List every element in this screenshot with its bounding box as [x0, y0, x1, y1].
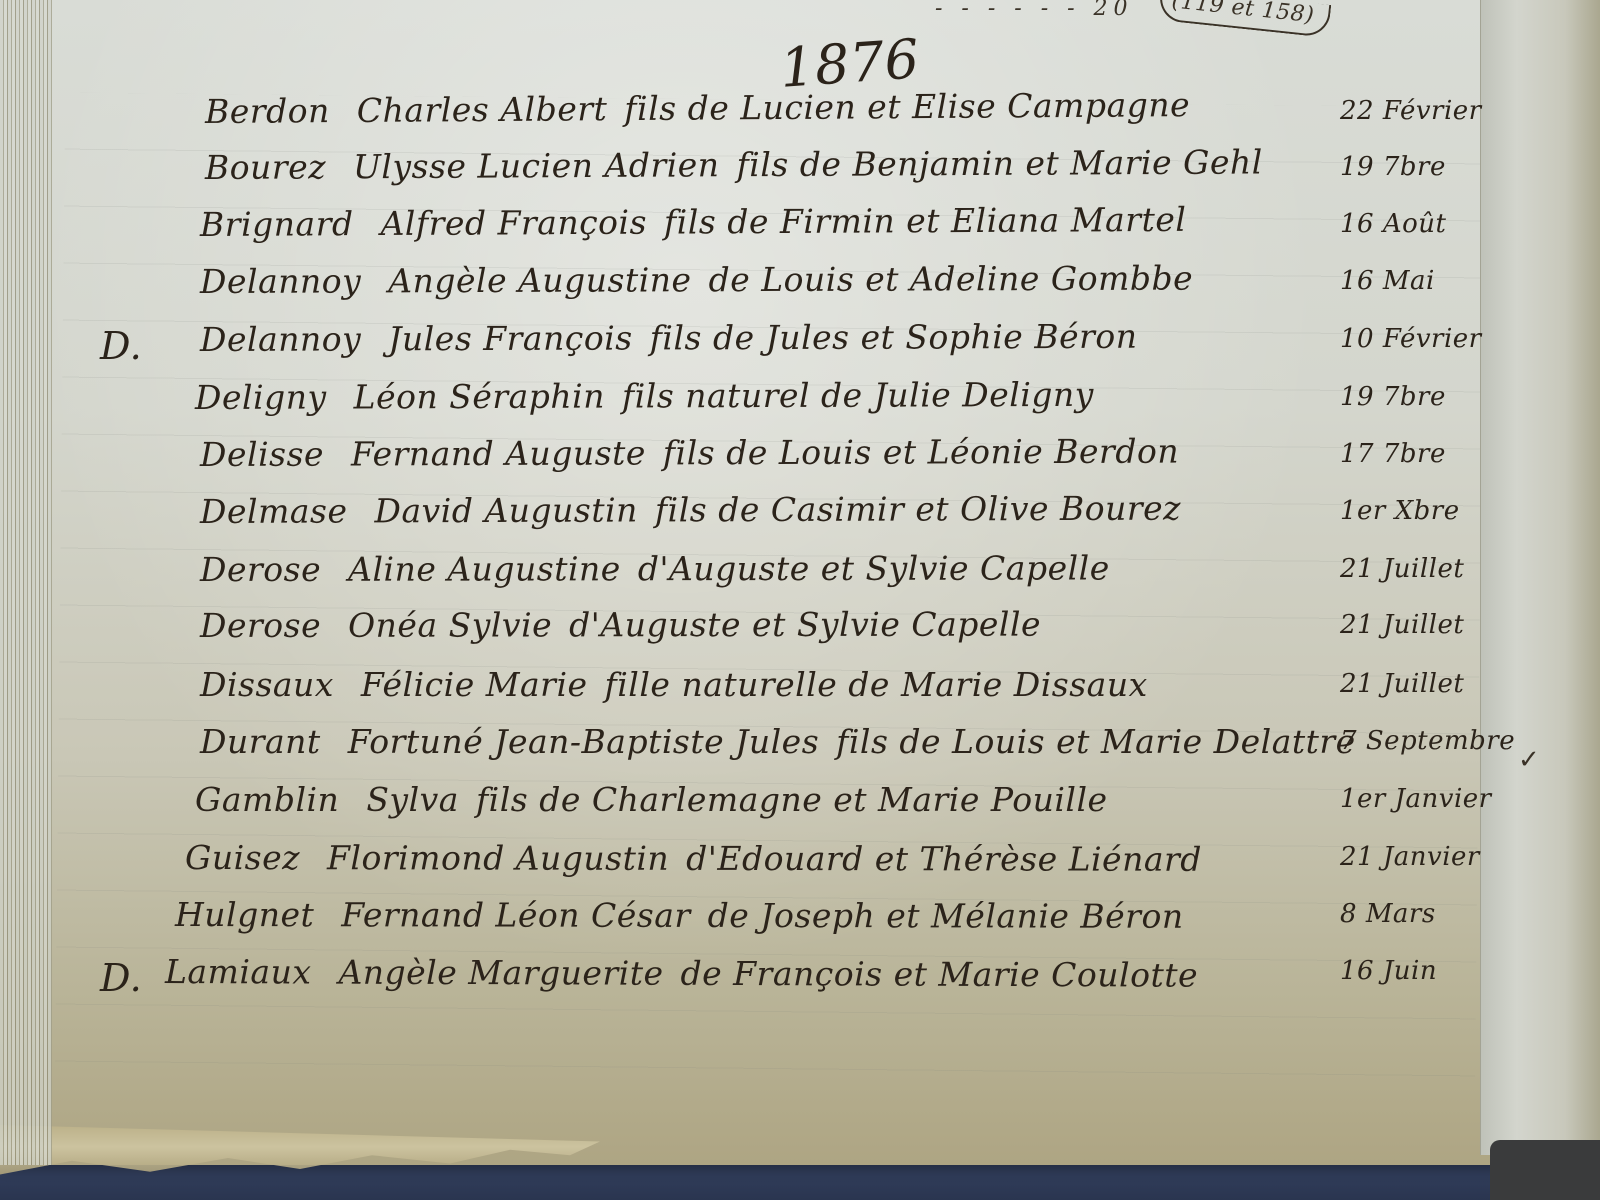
entry-given-names: David Augustin — [374, 490, 638, 530]
entry-sex-note: fils — [650, 318, 702, 357]
entry-parents: de Louis et Léonie Berdon — [726, 432, 1179, 473]
entry-date: 21 Juillet — [1340, 669, 1464, 699]
entry-parents: de Joseph et Mélanie Béron — [708, 896, 1184, 936]
entry-date: 8 Mars — [1340, 899, 1436, 929]
entry-surname: Guisez — [185, 838, 300, 877]
entry-parents: de Lucien et Elise Campagne — [687, 85, 1190, 128]
entry-surname: Delannoy — [200, 319, 361, 359]
register-entry: Bourez Ulysse Lucien Adrien fils de Benj… — [0, 148, 1500, 208]
entry-date-month: 7bre — [1383, 152, 1446, 182]
entry-given-names: Ulysse Lucien Adrien — [353, 145, 720, 186]
entry-text: Guisez Florimond Augustin d'Edouard et T… — [185, 838, 1212, 879]
entry-date-day: 7 — [1340, 726, 1357, 756]
entry-text: Brignard Alfred François fils de Firmin … — [200, 200, 1197, 244]
entry-date-day: 22 — [1340, 96, 1374, 126]
entry-text: Gamblin Sylva fils de Charlemagne et Mar… — [195, 780, 1118, 819]
check-mark-icon: ✓ — [1518, 745, 1540, 775]
entry-date-month: 7bre — [1383, 382, 1446, 412]
entry-date-day: 16 — [1340, 956, 1374, 986]
entry-date-day: 21 — [1340, 842, 1374, 872]
margin-mark: D. — [100, 324, 142, 368]
register-entry: Delisse Fernand Auguste fils de Louis et… — [0, 435, 1500, 495]
entry-date: 21 Juillet — [1340, 554, 1464, 584]
entry-given-names: Félicie Marie — [361, 665, 588, 704]
register-entry: D.Lamiaux Angèle Marguerite de François … — [0, 952, 1500, 1012]
entry-date-month: Mars — [1366, 899, 1436, 929]
entry-sex-note: fils — [664, 202, 716, 241]
entry-given-names: Fernand Auguste — [351, 433, 646, 473]
entry-date-day: 19 — [1340, 152, 1374, 182]
register-entry: Dissaux Félicie Marie fille naturelle de… — [0, 665, 1500, 725]
entry-date-month: Septembre — [1366, 726, 1515, 756]
entry-date-month: Août — [1383, 209, 1447, 239]
entry-surname: Delmase — [200, 491, 348, 531]
entry-parents: d'Auguste et Sylvie Capelle — [569, 605, 1041, 645]
entry-date-month: 7bre — [1383, 439, 1446, 469]
entry-list: Berdon Charles Albert fils de Lucien et … — [0, 0, 1600, 1200]
entry-text: Berdon Charles Albert fils de Lucien et … — [205, 85, 1200, 131]
document-scene: - - - - - - 20 (119 et 158) 1876 Berdon … — [0, 0, 1600, 1200]
entry-date-day: 8 — [1340, 899, 1357, 929]
entry-parents: d'Auguste et Sylvie Capelle — [638, 548, 1110, 588]
entry-date-month: Juillet — [1383, 554, 1464, 584]
entry-surname: Bourez — [205, 147, 326, 187]
entry-text: Derose Onéa Sylvie d'Auguste et Sylvie C… — [200, 605, 1051, 645]
entry-sex-note: fils — [624, 89, 677, 128]
entry-date: 10 Février — [1340, 324, 1482, 354]
entry-given-names: Onéa Sylvie — [348, 605, 552, 644]
entry-date: 1er Janvier — [1340, 784, 1492, 814]
entry-date-day: 21 — [1340, 669, 1374, 699]
entry-date-month: Janvier — [1383, 842, 1480, 872]
entry-date-day: 21 — [1340, 610, 1374, 640]
entry-text: Delisse Fernand Auguste fils de Louis et… — [200, 432, 1189, 474]
entry-surname: Brignard — [200, 204, 354, 244]
entry-date-month: Xbre — [1395, 496, 1460, 526]
entry-parents: naturelle de Marie Dissaux — [681, 665, 1147, 704]
entry-surname: Deligny — [195, 378, 327, 417]
entry-text: Delannoy Jules François fils de Jules et… — [200, 317, 1148, 359]
entry-parents: de Louis et Marie Delattre — [899, 722, 1355, 761]
entry-date: 21 Janvier — [1340, 842, 1480, 872]
entry-surname: Dissaux — [200, 665, 334, 704]
entry-given-names: Fernand Léon César — [341, 895, 690, 935]
entry-text: Derose Aline Augustine d'Auguste et Sylv… — [200, 548, 1120, 589]
entry-given-names: Angèle Marguerite — [338, 953, 663, 993]
entry-date-month: Juillet — [1383, 610, 1464, 640]
entry-surname: Durant — [200, 722, 321, 761]
register-entry: Brignard Alfred François fils de Firmin … — [0, 205, 1500, 265]
entry-date: 22 Février — [1340, 96, 1482, 126]
entry-sex-note: fils — [663, 433, 715, 472]
entry-surname: Derose — [200, 606, 321, 645]
entry-parents: de Firmin et Eliana Martel — [727, 200, 1186, 241]
entry-surname: Gamblin — [195, 780, 339, 819]
entry-text: Durant Fortuné Jean-Baptiste Jules fils … — [200, 722, 1366, 761]
entry-text: Deligny Léon Séraphin fils naturel de Ju… — [195, 375, 1104, 417]
entry-text: Lamiaux Angèle Marguerite de François et… — [165, 952, 1208, 995]
entry-sex-note: fils — [655, 490, 707, 529]
entry-date-day: 16 — [1340, 266, 1374, 296]
entry-date-month: Février — [1383, 96, 1482, 126]
entry-date-month: Juin — [1383, 956, 1437, 986]
entry-text: Delmase David Augustin fils de Casimir e… — [200, 489, 1191, 531]
register-entry: Berdon Charles Albert fils de Lucien et … — [0, 92, 1500, 152]
entry-date: 19 7bre — [1340, 152, 1446, 182]
register-entry: Derose Aline Augustine d'Auguste et Sylv… — [0, 550, 1500, 610]
entry-date-day: 17 — [1340, 439, 1374, 469]
entry-date-day: 16 — [1340, 209, 1374, 239]
entry-given-names: Jules François — [388, 318, 633, 358]
entry-parents: de Casimir et Olive Bourez — [718, 489, 1181, 530]
entry-parents: de Benjamin et Marie Gehl — [800, 142, 1263, 183]
entry-given-names: Alfred François — [380, 203, 647, 243]
entry-date-month: Mai — [1383, 266, 1435, 296]
entry-given-names: Fortuné Jean-Baptiste Jules — [348, 722, 819, 761]
entry-given-names: Sylva — [366, 780, 459, 819]
entry-sex-note: fils — [736, 145, 788, 184]
entry-surname: Delisse — [200, 435, 324, 474]
entry-surname: Delannoy — [200, 261, 361, 301]
margin-mark: D. — [100, 956, 142, 1000]
entry-date-month: Février — [1383, 324, 1482, 354]
entry-given-names: Florimond Augustin — [327, 838, 669, 878]
entry-surname: Hulgnet — [175, 895, 314, 934]
entry-given-names: Aline Augustine — [348, 549, 621, 588]
entry-sex-note: fils — [836, 722, 888, 761]
entry-sex-note: fille — [605, 665, 671, 704]
entry-surname: Derose — [200, 550, 321, 589]
entry-date-day: 19 — [1340, 382, 1374, 412]
entry-sex-note: fils — [476, 780, 528, 819]
entry-parents: d'Edouard et Thérèse Liénard — [686, 839, 1202, 879]
register-entry: Durant Fortuné Jean-Baptiste Jules fils … — [0, 722, 1500, 782]
entry-date-day: 1er — [1340, 496, 1386, 526]
entry-given-names: Angèle Augustine — [388, 260, 691, 300]
entry-date: 1er Xbre — [1340, 496, 1460, 526]
entry-given-names: Charles Albert — [357, 89, 608, 130]
entry-date-day: 10 — [1340, 324, 1374, 354]
entry-surname: Lamiaux — [165, 952, 312, 992]
entry-date-day: 1er — [1340, 784, 1386, 814]
entry-date-day: 21 — [1340, 554, 1374, 584]
entry-surname: Berdon — [205, 91, 330, 131]
entry-text: Bourez Ulysse Lucien Adrien fils de Benj… — [205, 142, 1273, 187]
entry-parents: de Charlemagne et Marie Pouille — [539, 780, 1107, 819]
entry-parents: naturel de Julie Deligny — [685, 375, 1094, 415]
entry-date: 21 Juillet — [1340, 610, 1464, 640]
entry-text: Hulgnet Fernand Léon César de Joseph et … — [175, 895, 1194, 936]
entry-date: 16 Mai — [1340, 266, 1435, 296]
register-entry: Delannoy Angèle Augustine de Louis et Ad… — [0, 262, 1500, 322]
register-entry: Derose Onéa Sylvie d'Auguste et Sylvie C… — [0, 606, 1500, 666]
entry-parents: de Louis et Adeline Gombbe — [708, 259, 1193, 300]
entry-sex-note: fils — [622, 376, 674, 415]
entry-parents: de François et Marie Coulotte — [680, 954, 1198, 995]
entry-given-names: Léon Séraphin — [354, 377, 605, 417]
register-entry: Delmase David Augustin fils de Casimir e… — [0, 492, 1500, 552]
entry-date: 16 Août — [1340, 209, 1446, 239]
register-entry: Gamblin Sylva fils de Charlemagne et Mar… — [0, 780, 1500, 840]
register-entry: Guisez Florimond Augustin d'Edouard et T… — [0, 838, 1500, 898]
entry-date-month: Juillet — [1383, 669, 1464, 699]
entry-date: 19 7bre — [1340, 382, 1446, 412]
register-entry: D.Delannoy Jules François fils de Jules … — [0, 320, 1500, 380]
entry-text: Dissaux Félicie Marie fille naturelle de… — [200, 665, 1158, 704]
register-entry: Hulgnet Fernand Léon César de Joseph et … — [0, 895, 1500, 955]
register-entry: Deligny Léon Séraphin fils naturel de Ju… — [0, 378, 1500, 438]
entry-parents: de Jules et Sophie Béron — [713, 317, 1138, 357]
entry-date-month: Janvier — [1395, 784, 1492, 814]
entry-date: 7 Septembre — [1340, 726, 1515, 756]
entry-date: 16 Juin — [1340, 956, 1437, 986]
entry-date: 17 7bre — [1340, 439, 1446, 469]
entry-text: Delannoy Angèle Augustine de Louis et Ad… — [200, 258, 1203, 301]
